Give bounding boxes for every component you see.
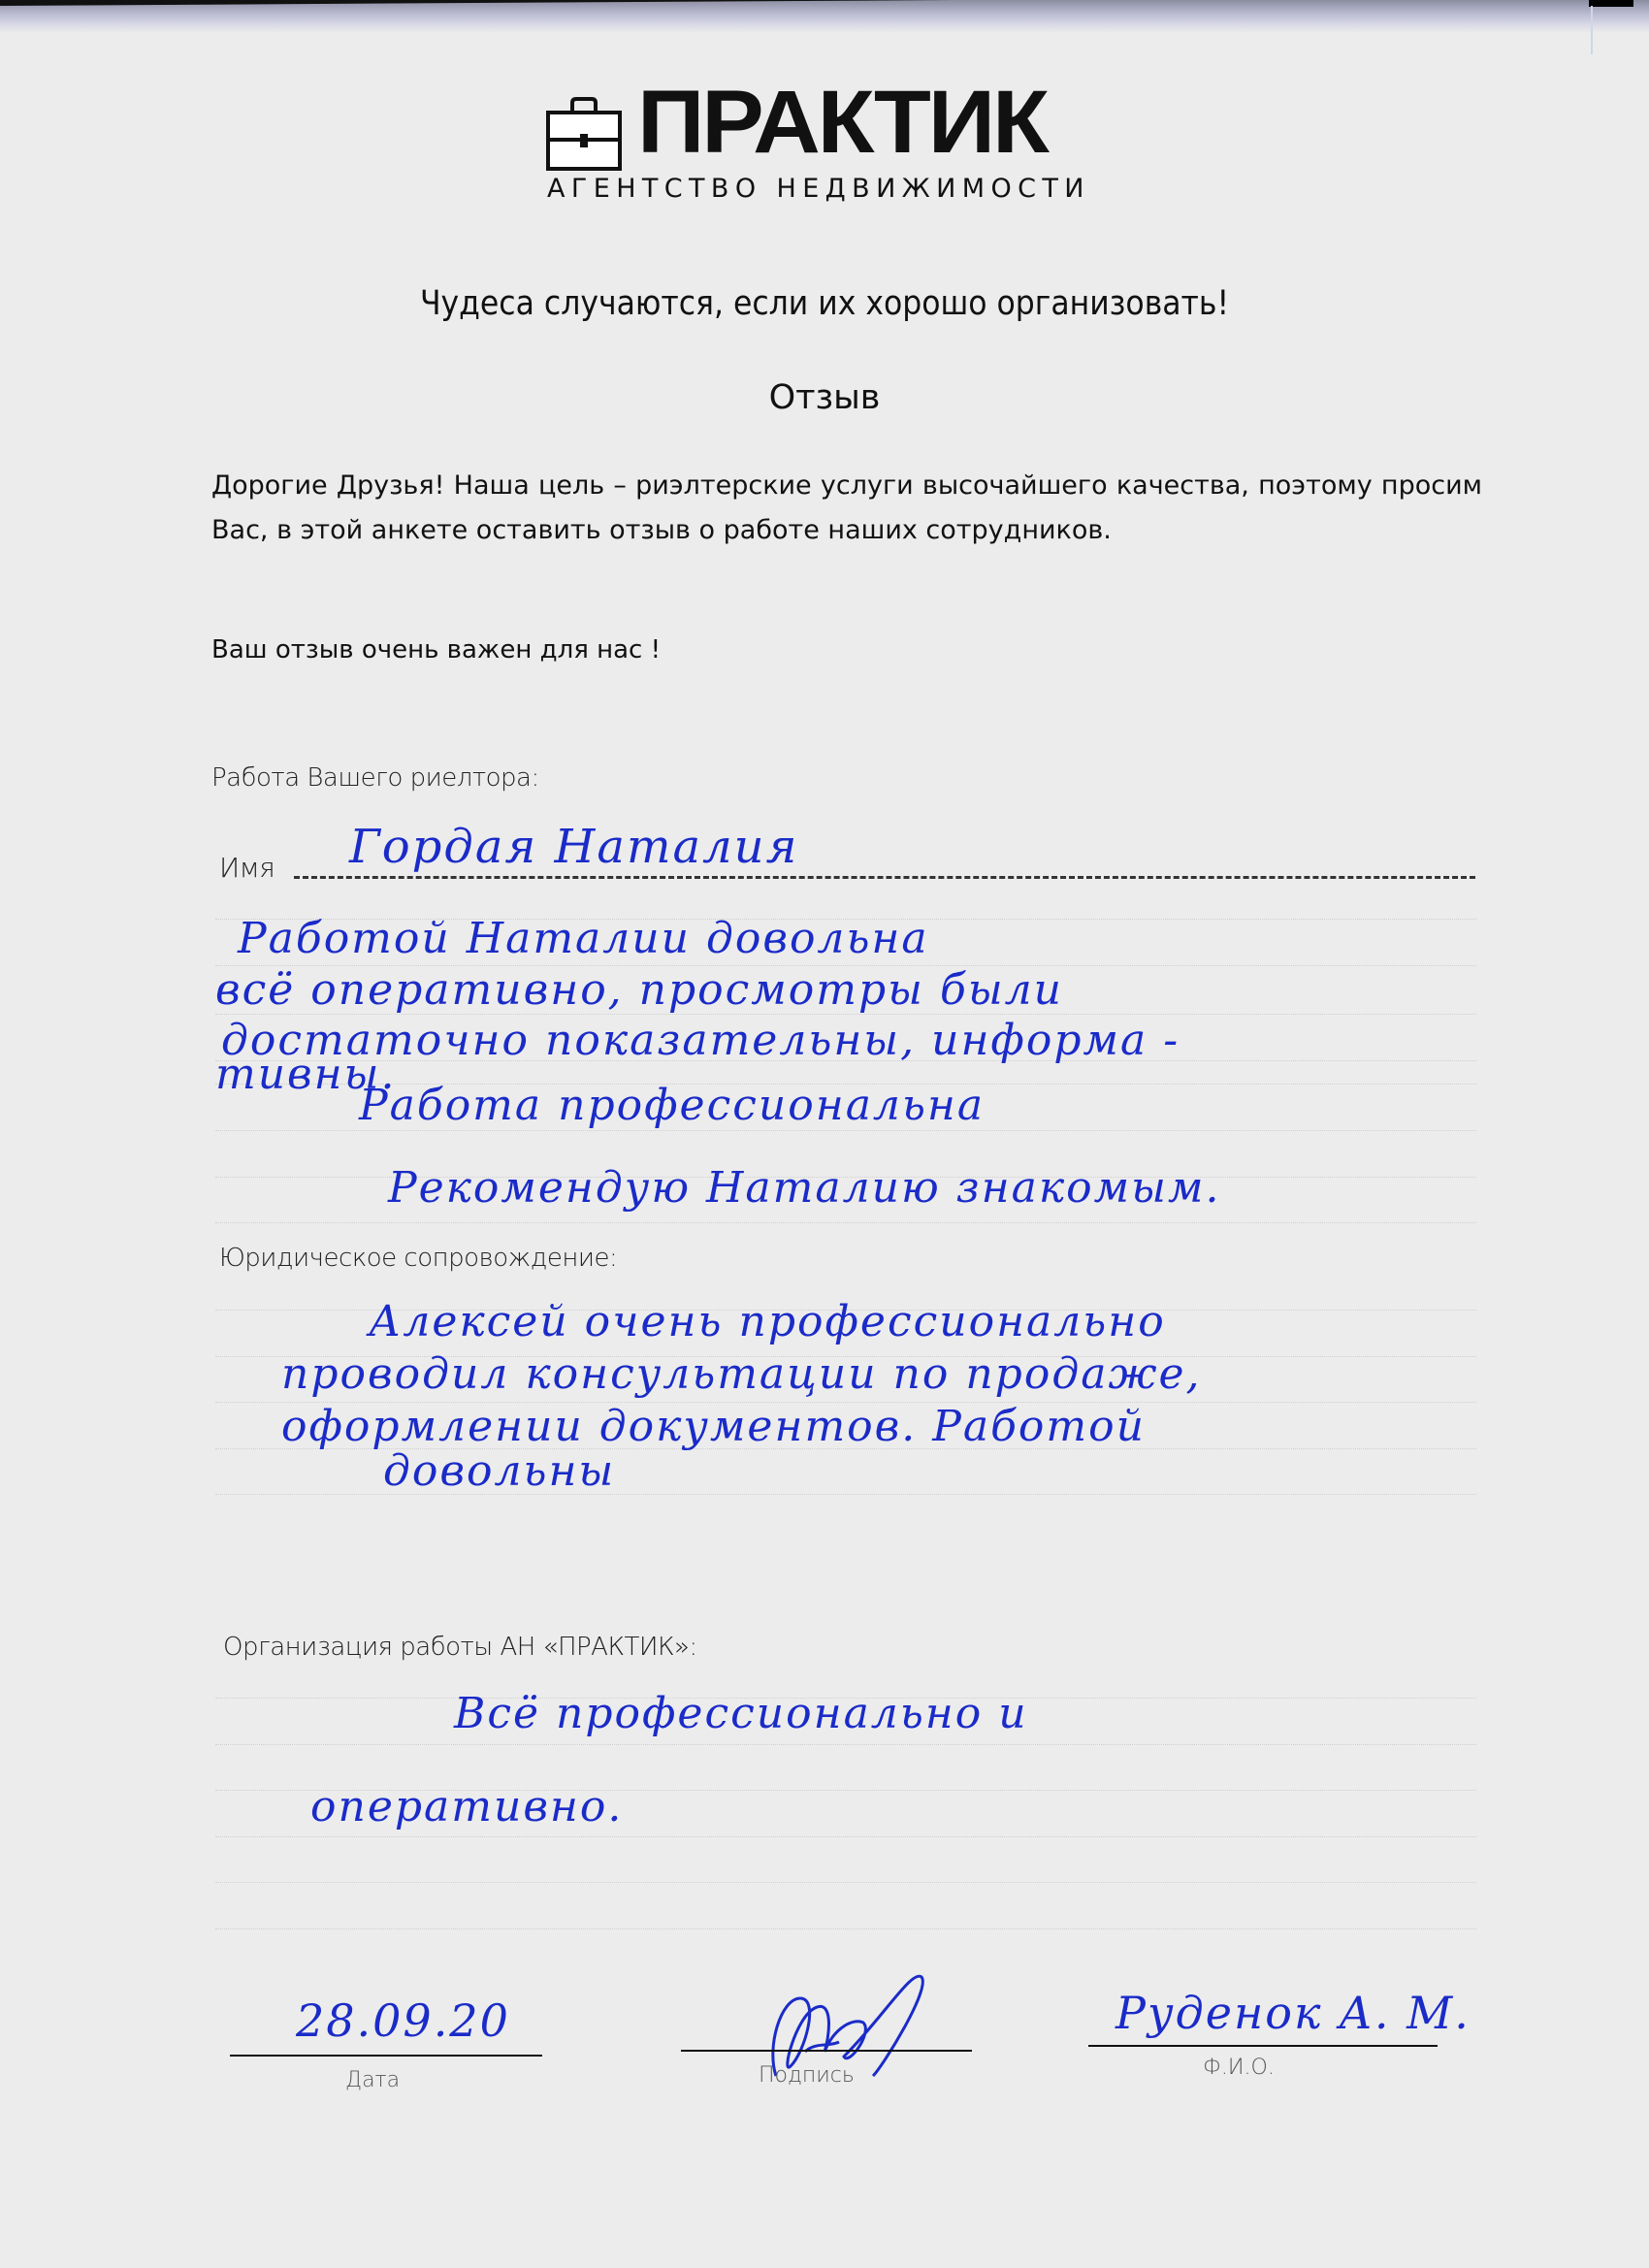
brand-name: ПРАКТИК [637,78,1047,167]
ruled-line [215,1744,1476,1745]
date-value[interactable]: 28.09.20 [296,1996,510,2045]
realtor-review-line: Работа профессиональна [359,1082,985,1130]
fio-value[interactable]: Руденок А. М. [1115,1989,1471,2037]
slogan: Чудеса случаются, если их хорошо организ… [0,283,1649,324]
scan-corner-mark [1589,0,1633,7]
agency-review-line: Всё профессионально и [454,1690,1028,1738]
agency-review-line: оперативно. [310,1783,623,1831]
realtor-section-label: Работа Вашего риелтора: [211,763,539,793]
important-note: Ваш отзыв очень важен для нас ! [211,633,661,666]
fio-label: Ф.И.О. [1203,2057,1275,2080]
legal-section-label: Юридическое сопровождение: [219,1244,617,1273]
realtor-review-line: всё оперативно, просмотры были [215,966,1063,1015]
agency-section-label: Организация работы АН «ПРАКТИК»: [223,1633,697,1662]
ruled-line [215,1928,1476,1929]
agency-logo: ПРАКТИК АГЕНТСТВО НЕДВИЖИМОСТИ [543,72,1145,198]
legal-review-line: проводил консультации по продаже, [281,1350,1202,1399]
brand-subtitle: АГЕНТСТВО НЕДВИЖИМОСТИ [547,175,1090,204]
realtor-review-line: Работой Наталии довольна [238,915,929,963]
ruled-line [215,1222,1476,1223]
name-label: Имя [219,854,275,883]
realtor-review-line: Рекомендую Наталию знакомым. [388,1164,1220,1213]
scan-artifact [1591,6,1593,54]
fio-line [1088,2045,1438,2047]
signature-line [681,2050,972,2052]
ruled-line [215,1130,1476,1131]
name-field-line [294,876,1475,879]
date-label: Дата [345,2069,400,2092]
legal-review-line: Алексей очень профессионально [369,1298,1166,1346]
ruled-line [215,1836,1476,1837]
realtor-name-value[interactable]: Гордая Наталия [349,823,798,871]
briefcase-icon [546,95,622,171]
legal-review-line: оформлении документов. Работой [281,1403,1146,1451]
scan-shadow-top [0,0,1649,33]
page-title: Отзыв [0,378,1649,417]
legal-review-line: довольны [383,1447,615,1496]
ruled-line [215,1882,1476,1883]
date-line [230,2055,542,2057]
intro-paragraph: Дорогие Друзья! Наша цель – риэлтерские … [211,464,1482,553]
signature-label: Подпись [759,2064,855,2088]
